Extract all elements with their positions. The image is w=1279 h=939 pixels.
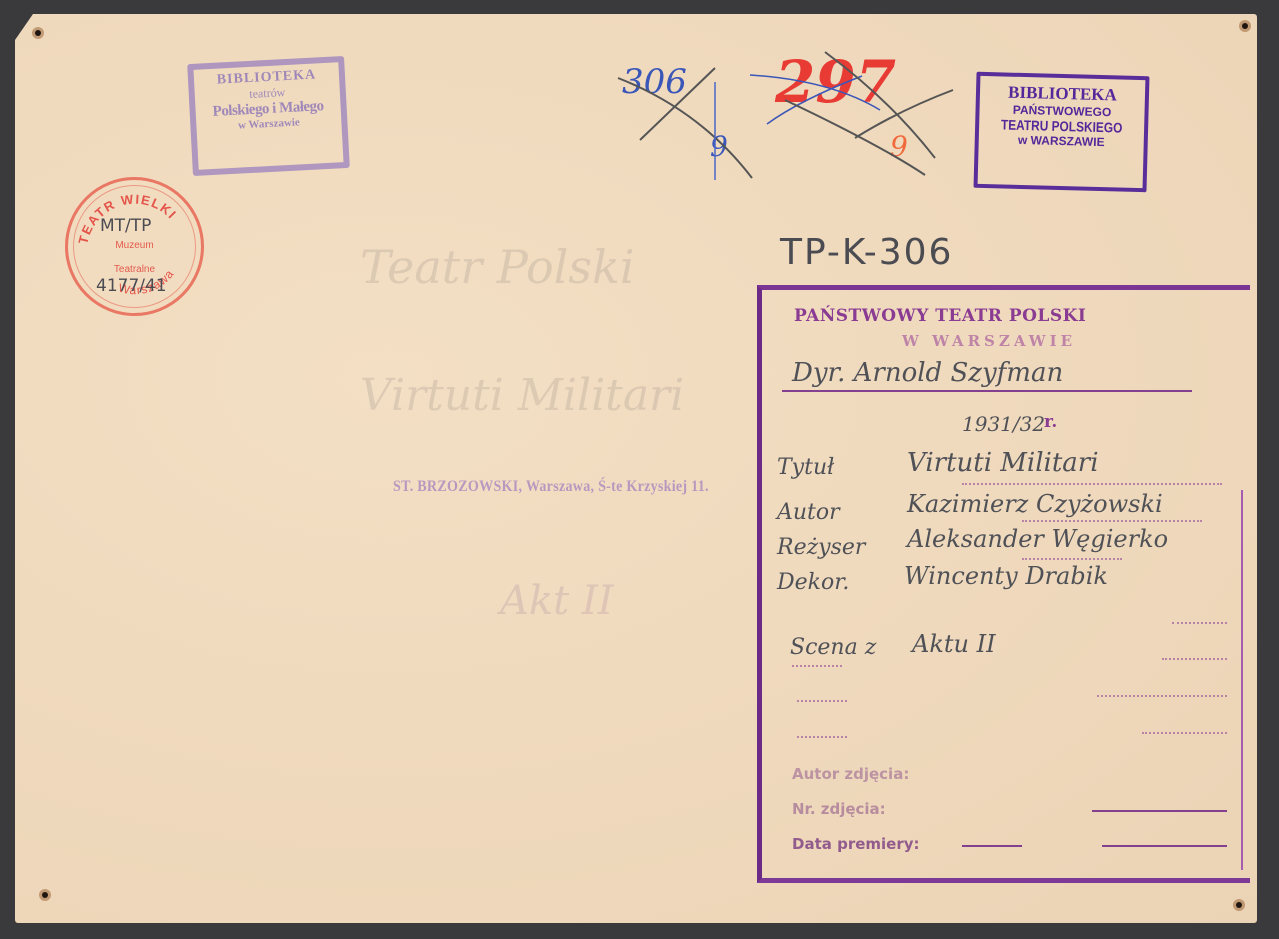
- director-line: [782, 390, 1192, 392]
- row-value-director: Aleksander Węgierko: [907, 525, 1168, 553]
- form-season: 1931/32: [962, 412, 1045, 436]
- footer-line: [1092, 810, 1227, 812]
- scene-value: Aktu II: [912, 630, 996, 658]
- scene-label: Scena z: [790, 635, 876, 660]
- form-subtitle: W WARSZAWIE: [902, 332, 1076, 350]
- row-line: [1022, 558, 1122, 560]
- form-right-border: [1241, 490, 1243, 870]
- row-label-author: Autor: [777, 500, 840, 525]
- form-title: PAŃSTWOWY TEATR POLSKI: [794, 306, 1086, 326]
- row-line: [1162, 658, 1227, 660]
- row-line: [792, 665, 842, 667]
- faint-pencil-line-2: Virtuti Militari: [360, 370, 684, 421]
- stamp-state-library: BIBLIOTEKA PAŃSTWOWEGO TEATRU POLSKIEGO …: [974, 72, 1150, 192]
- row-value-designer: Wincenty Drabik: [904, 562, 1108, 590]
- row-line: [797, 736, 847, 738]
- row-label-title: Tytuł: [777, 455, 834, 480]
- row-line: [1142, 732, 1227, 734]
- form-season-suffix: r.: [1044, 412, 1057, 432]
- footer-label-premiere: Data premiery:: [792, 835, 920, 853]
- row-line: [1172, 622, 1227, 624]
- form-director: Dyr. Arnold Szyfman: [792, 358, 1063, 388]
- footer-line: [1102, 845, 1227, 847]
- archive-signature: TP-K-306: [780, 232, 953, 273]
- footer-line: [962, 845, 1022, 847]
- row-label-designer: Dekor.: [777, 570, 849, 595]
- row-label-director: Reżyser: [777, 535, 865, 560]
- footer-label-photo-number: Nr. zdjęcia:: [792, 800, 886, 818]
- row-value-author: Kazimierz Czyżowski: [907, 490, 1163, 518]
- faint-pencil-line-1: Teatr Polski: [360, 240, 635, 294]
- printer-imprint: ST. BRZOZOWSKI, Warszawa, Ś-te Krzyskiej…: [393, 478, 709, 496]
- row-line: [1097, 695, 1227, 697]
- row-value-title: Virtuti Militari: [907, 448, 1099, 478]
- footer-label-photo-author: Autor zdjęcia:: [792, 765, 909, 783]
- row-line: [1022, 520, 1202, 522]
- faint-pencil-line-3: Akt II: [500, 578, 614, 624]
- row-line: [797, 700, 847, 702]
- form-stamp: PAŃSTWOWY TEATR POLSKI W WARSZAWIE Dyr. …: [757, 285, 1250, 883]
- row-line: [962, 483, 1222, 485]
